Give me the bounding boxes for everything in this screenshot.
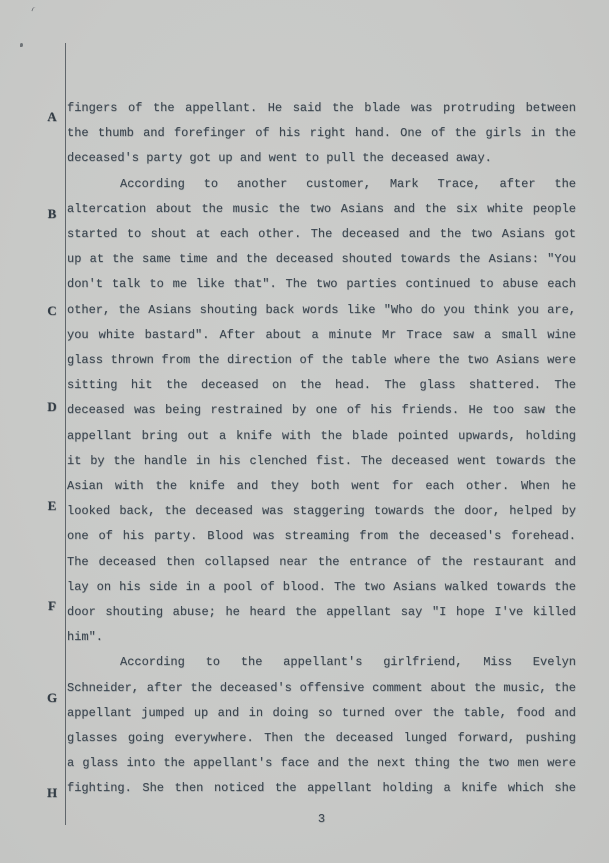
margin-letter: F (44, 599, 60, 613)
text-line: a glass into the appellant's face and th… (67, 751, 576, 776)
text-line: The deceased then collapsed near the ent… (67, 550, 576, 575)
text-line: appellant jumped up and in doing so turn… (67, 701, 576, 726)
text-line: glasses going everywhere. Then the decea… (67, 726, 576, 751)
margin-letter: G (44, 691, 60, 705)
text-line: lay on his side in a pool of blood. The … (67, 575, 576, 600)
page-number: 3 (67, 812, 576, 826)
text-line: According to the appellant's girlfriend,… (67, 650, 576, 675)
text-line: appellant bring out a knife with the bla… (67, 424, 576, 449)
text-line: altercation about the music the two Asia… (67, 197, 576, 222)
text-line: looked back, the deceased was staggering… (67, 499, 576, 524)
margin-letter: D (44, 400, 60, 414)
text-line: According to another customer, Mark Trac… (67, 172, 576, 197)
text-line: Schneider, after the deceased's offensiv… (67, 676, 576, 701)
text-line: one of his party. Blood was streaming fr… (67, 524, 576, 549)
text-line: sitting hit the deceased on the head. Th… (67, 373, 576, 398)
text-line: glass thrown from the direction of the t… (67, 348, 576, 373)
text-line: other, the Asians shouting back words li… (67, 298, 576, 323)
scan-speck (31, 6, 37, 12)
text-line: the thumb and forefinger of his right ha… (67, 121, 576, 146)
text-line: fighting. She then noticed the appellant… (67, 776, 576, 801)
margin-letter: A (44, 110, 60, 124)
text-line: you white bastard". After about a minute… (67, 323, 576, 348)
margin-letter: B (44, 207, 60, 221)
text-line: don't talk to me like that". The two par… (67, 272, 576, 297)
text-line: Asian with the knife and they both went … (67, 474, 576, 499)
text-line: him". (67, 625, 576, 650)
judgment-text: fingers of the appellant. He said the bl… (67, 96, 576, 802)
text-line: deceased's party got up and went to pull… (67, 146, 576, 171)
text-line: started to shout at each other. The dece… (67, 222, 576, 247)
margin-letter: C (44, 304, 60, 318)
margin-letter: E (44, 499, 60, 513)
margin-letter: H (44, 786, 60, 800)
scan-speck (20, 43, 23, 47)
text-line: it by the handle in his clenched fist. T… (67, 449, 576, 474)
text-line: fingers of the appellant. He said the bl… (67, 96, 576, 121)
text-line: up at the same time and the deceased sho… (67, 247, 576, 272)
text-line: deceased was being restrained by one of … (67, 398, 576, 423)
scanned-page: ABCDEFGH fingers of the appellant. He sa… (0, 0, 609, 863)
margin-rule (65, 43, 66, 825)
text-line: door shouting abuse; he heard the appell… (67, 600, 576, 625)
